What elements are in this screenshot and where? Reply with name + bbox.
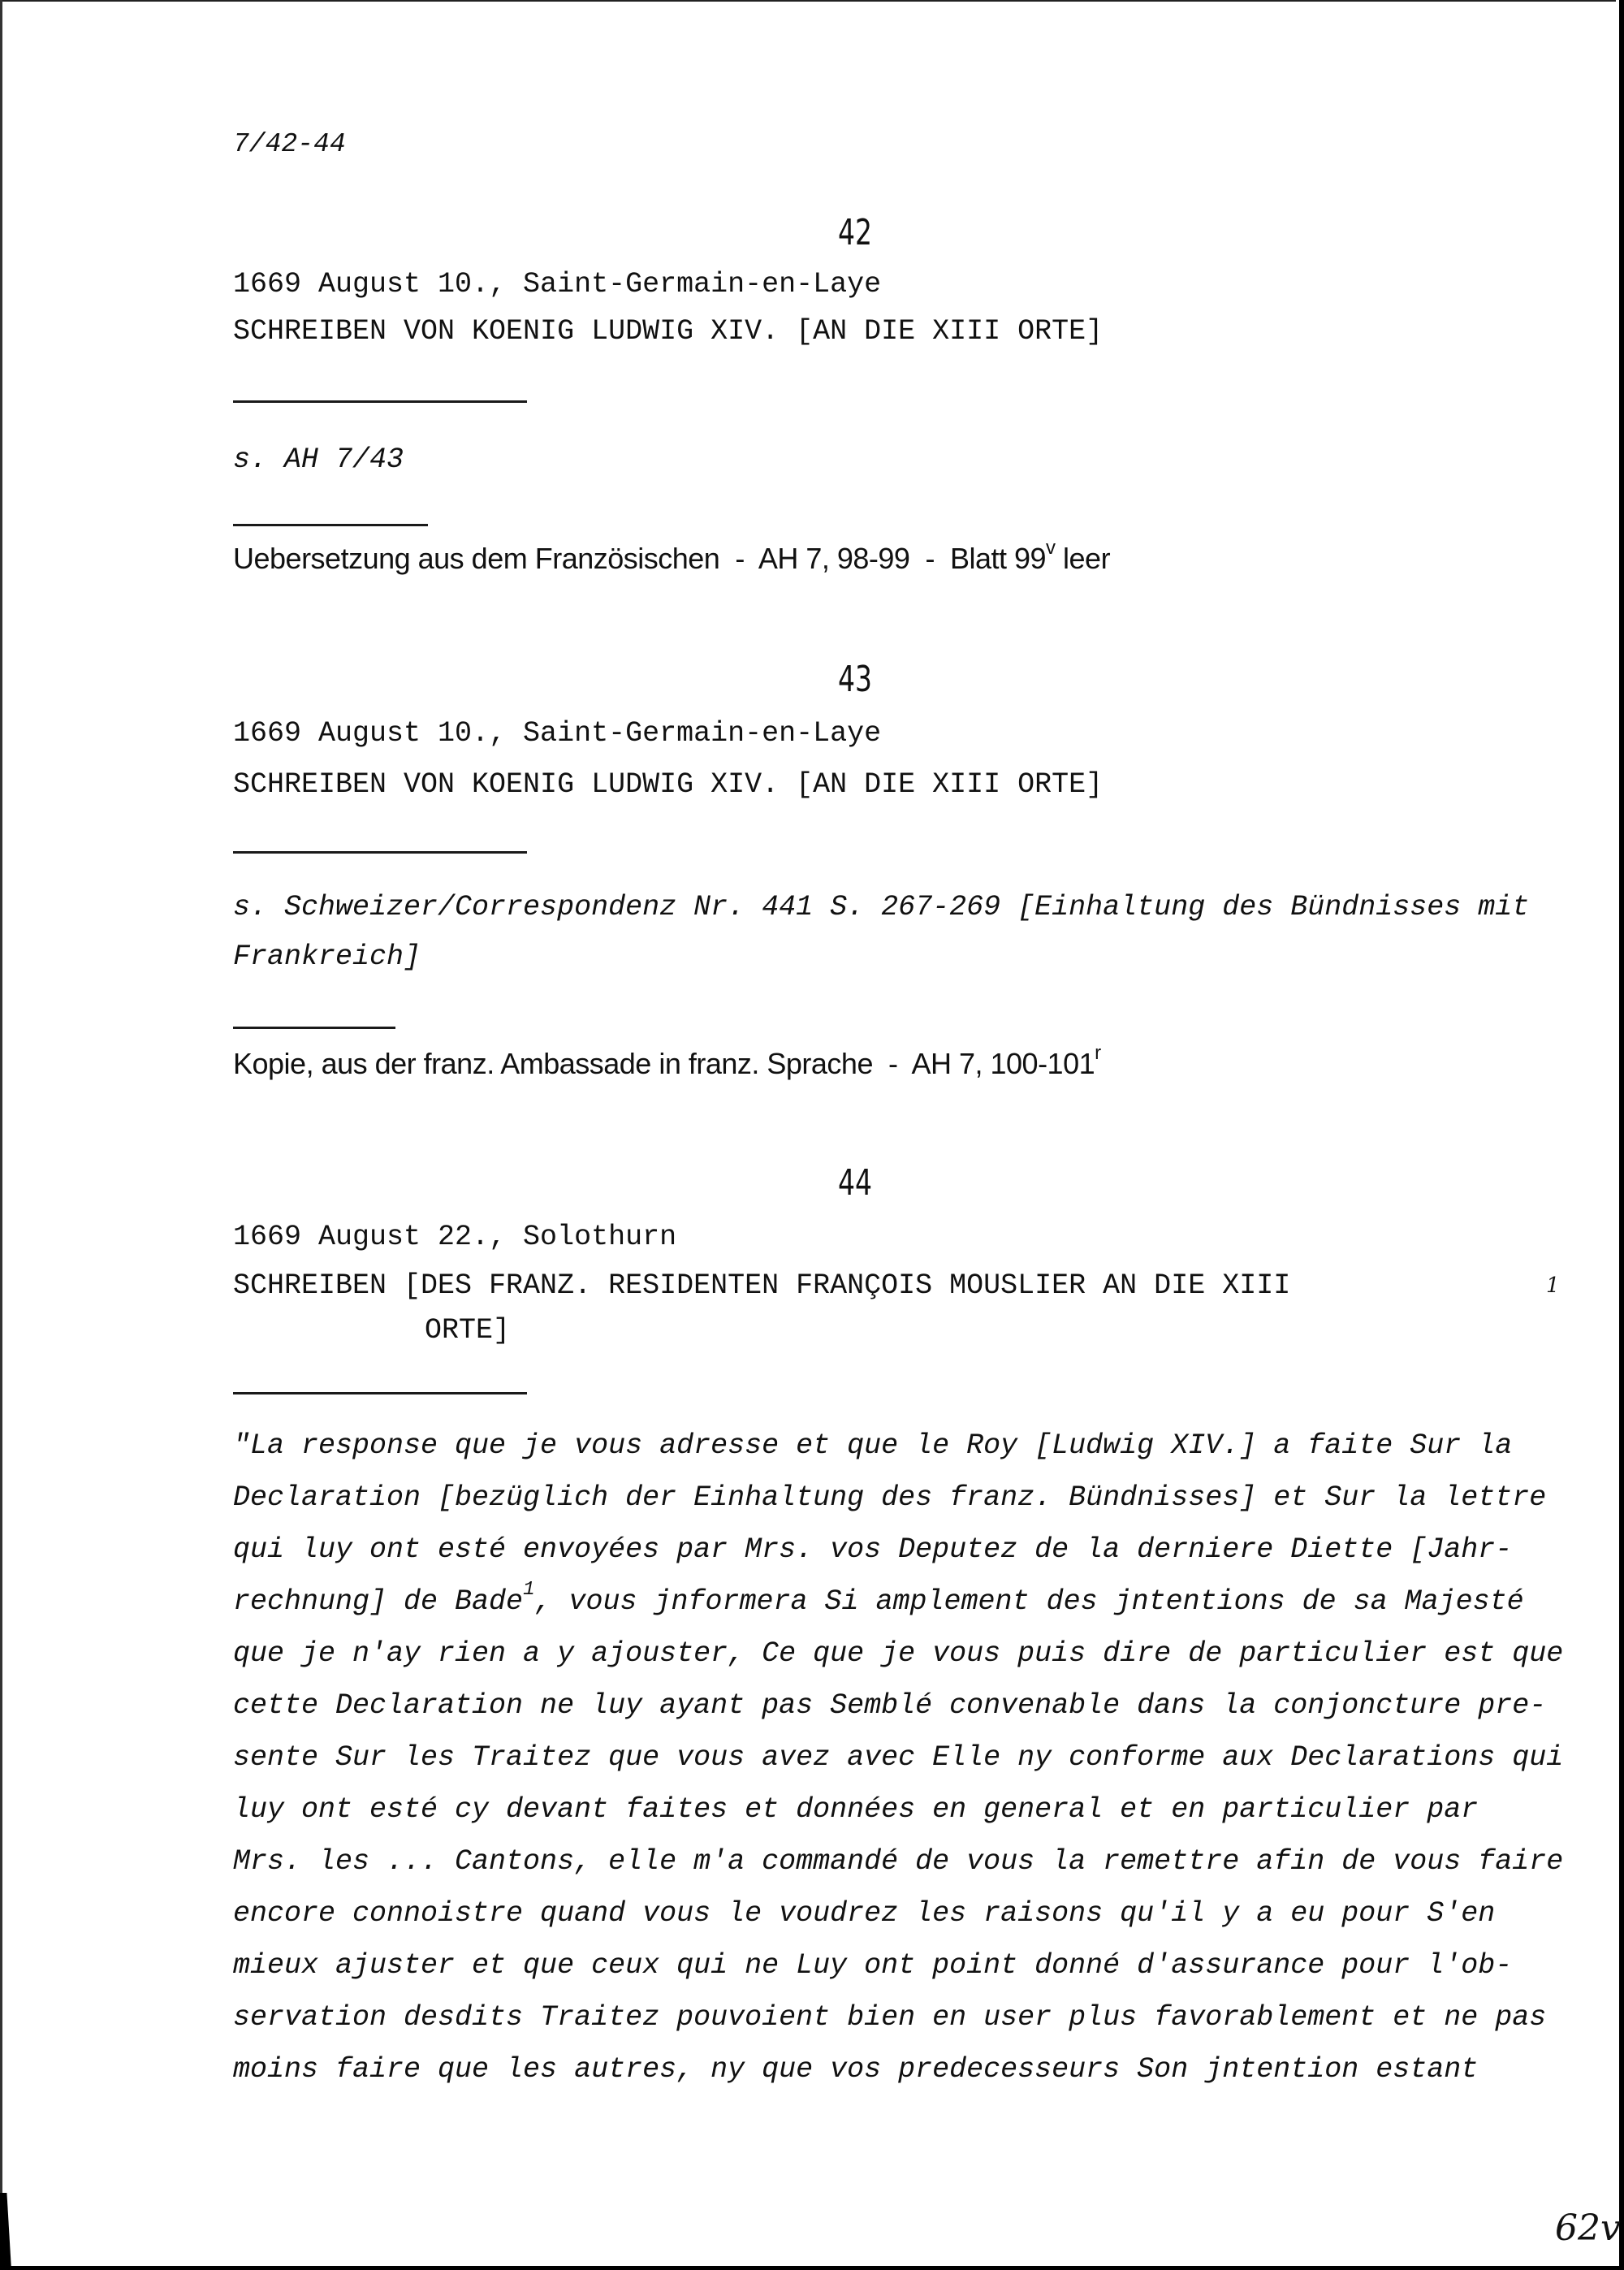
body-line-part: rechnung] de Bade [233, 1585, 523, 1618]
entry-43-source-text: Kopie, aus der franz. Ambassade in franz… [233, 1047, 1095, 1080]
section-divider [233, 851, 527, 854]
entry-43-reference-line-2: Frankreich] [233, 940, 421, 973]
entry-42-source-tail: leer [1056, 542, 1111, 575]
document-reference: 7/42-44 [233, 128, 346, 161]
section-divider [233, 1027, 395, 1029]
entry-43-date-place: 1669 August 10., Saint-Germain-en-Laye [233, 717, 881, 750]
body-line: moins faire que les autres, ny que vos p… [233, 2053, 1478, 2086]
body-line: mieux ajuster et que ceux qui ne Luy ont… [233, 1949, 1512, 1982]
body-line: luy ont esté cy devant faites et données… [233, 1793, 1478, 1826]
entry-number-43: 43 [794, 659, 916, 700]
body-line: qui luy ont esté envoyées par Mrs. vos D… [233, 1533, 1512, 1566]
entry-42-source: Uebersetzung aus dem Französischen - AH … [233, 543, 1110, 575]
body-line: Declaration [bezüglich der Einhaltung de… [233, 1481, 1546, 1514]
body-line: "La response que je vous adresse et que … [233, 1429, 1512, 1462]
document-page: 7/42-44 42 1669 August 10., Saint-Germai… [0, 0, 1624, 2270]
section-divider [233, 1392, 527, 1394]
page-edge-bottom [0, 2266, 1624, 2270]
scan-shadow-bottom-left [0, 2193, 11, 2270]
page-edge-top [0, 0, 1616, 2]
entry-43-reference-line-1: s. Schweizer/Correspondenz Nr. 441 S. 26… [233, 891, 1529, 923]
entry-43-source: Kopie, aus der franz. Ambassade in franz… [233, 1048, 1101, 1080]
body-line: cette Declaration ne luy ayant pas Sembl… [233, 1689, 1546, 1722]
entry-42-date-place: 1669 August 10., Saint-Germain-en-Laye [233, 268, 881, 301]
body-line: Mrs. les ... Cantons, elle m'a commandé … [233, 1845, 1563, 1878]
body-line: encore connoistre quand vous le voudrez … [233, 1897, 1495, 1930]
body-line: rechnung] de Bade1, vous jnformera Si am… [233, 1585, 1524, 1618]
page-edge-left [0, 0, 2, 2270]
section-divider [233, 400, 527, 403]
entry-44-title-line-2: ORTE] [425, 1314, 510, 1347]
entry-42-source-text: Uebersetzung aus dem Französischen - AH … [233, 542, 1046, 575]
body-line: servation desdits Traitez pouvoient bien… [233, 2001, 1546, 2034]
entry-44-title-line-1: SCHREIBEN [DES FRANZ. RESIDENTEN FRANÇOI… [233, 1269, 1290, 1302]
footnote-marker: 1 [523, 1579, 534, 1601]
body-line: que je n'ay rien a y ajouster, Ce que je… [233, 1637, 1563, 1670]
section-divider [233, 524, 428, 526]
entry-number-44: 44 [794, 1163, 916, 1204]
entry-42-reference: s. AH 7/43 [233, 443, 404, 476]
entry-number-42: 42 [794, 213, 916, 253]
entry-43-title: SCHREIBEN VON KOENIG LUDWIG XIV. [AN DIE… [233, 768, 1103, 801]
page-edge-right [1619, 0, 1624, 2270]
entry-44-date-place: 1669 August 22., Solothurn [233, 1221, 676, 1253]
body-line: sente Sur les Traitez que vous avez avec… [233, 1741, 1563, 1774]
entry-42-title: SCHREIBEN VON KOENIG LUDWIG XIV. [AN DIE… [233, 315, 1103, 348]
margin-mark: 1 [1546, 1273, 1560, 1298]
entry-42-source-superscript: v [1046, 537, 1056, 559]
entry-43-source-superscript: r [1095, 1042, 1101, 1064]
handwritten-page-number: 62v [1555, 2207, 1621, 2249]
body-line-part: , vous jnformera Si amplement des jntent… [534, 1585, 1523, 1618]
